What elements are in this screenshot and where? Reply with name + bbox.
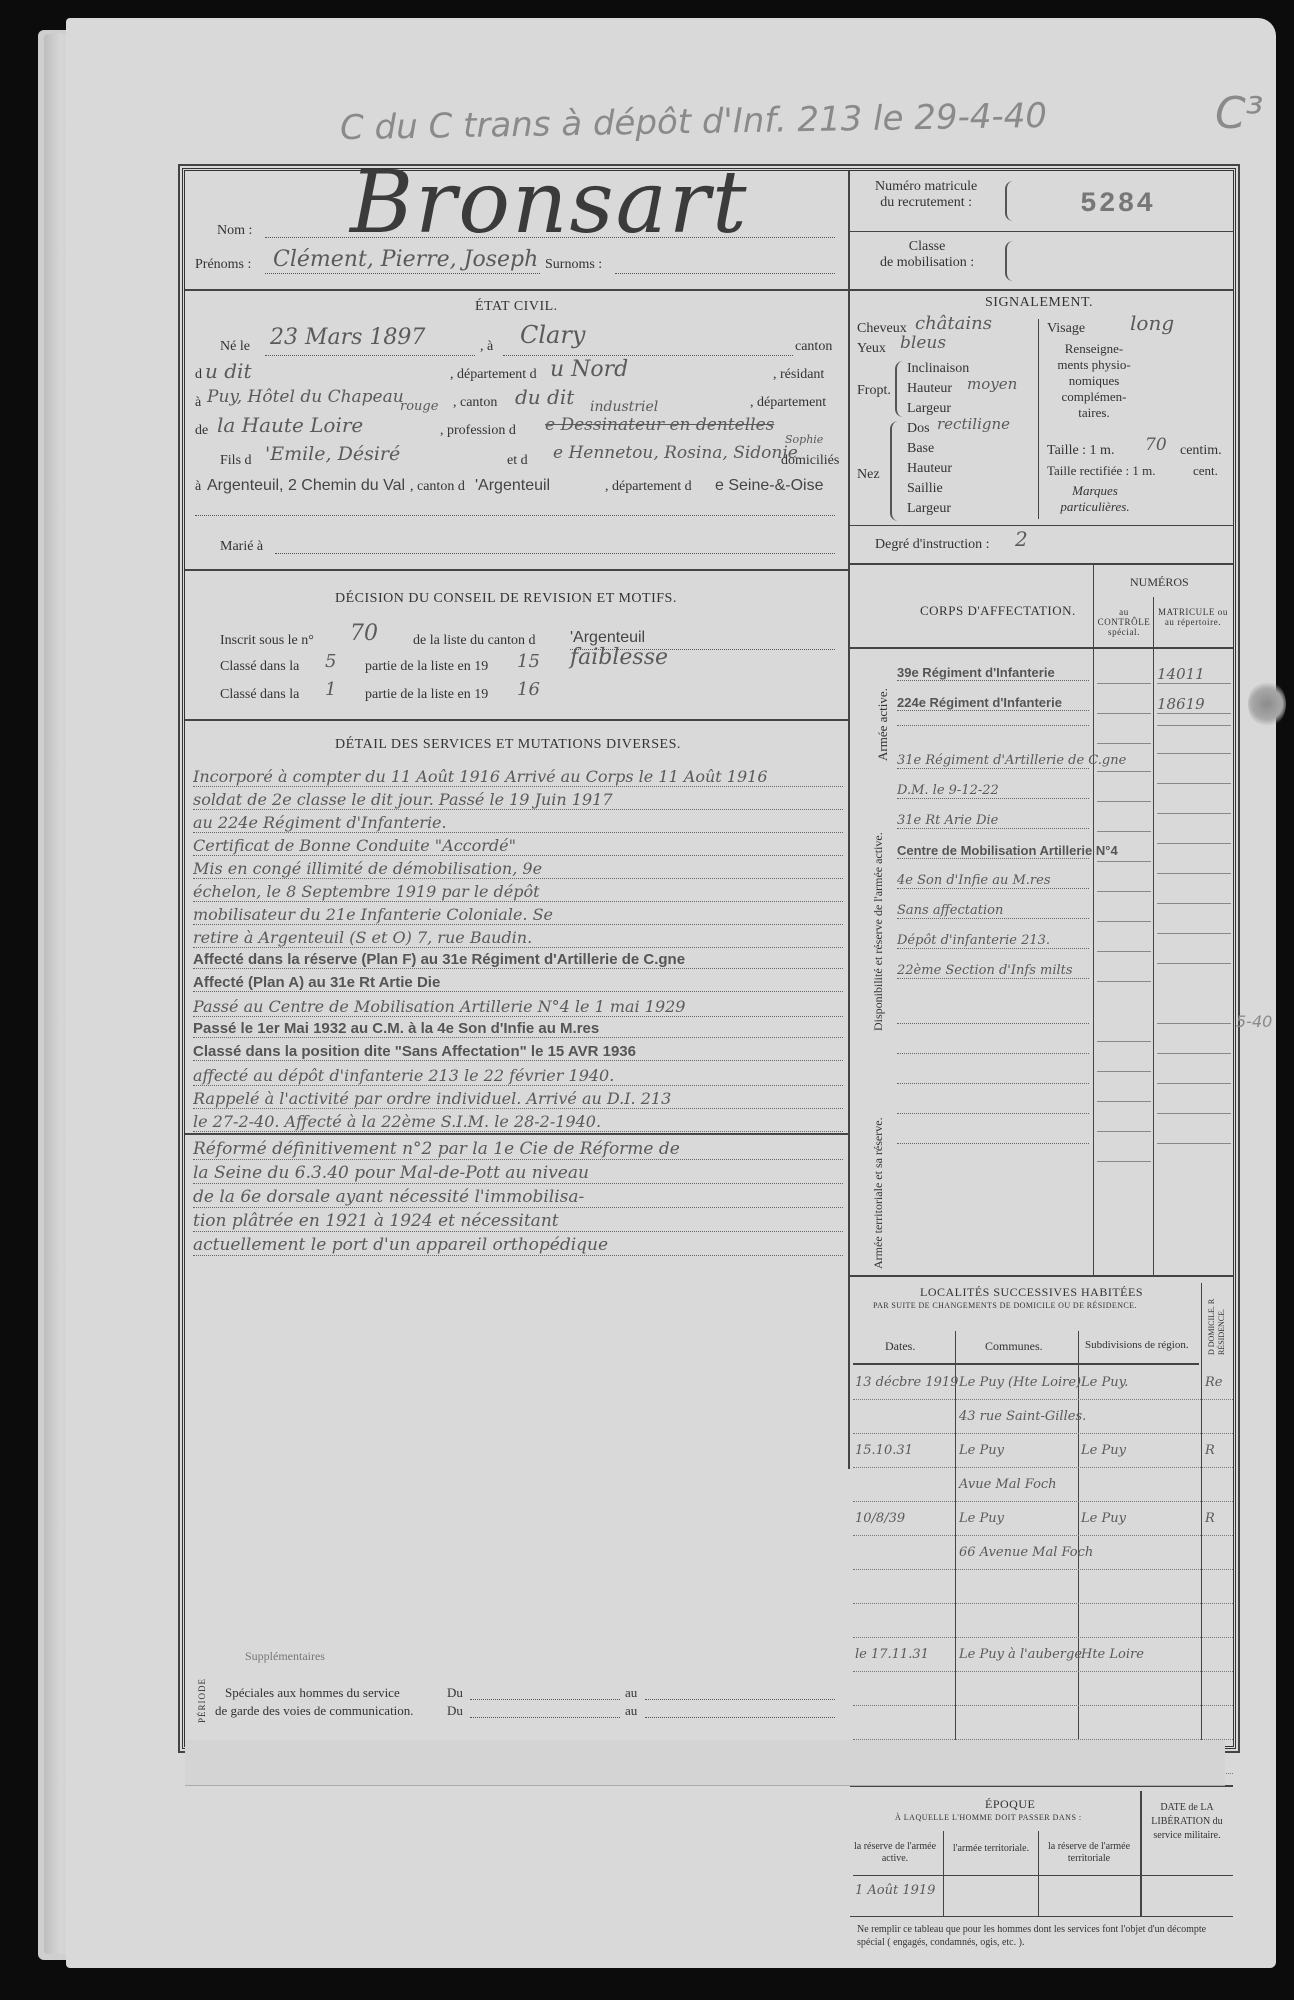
margin-note: 5-40 <box>1236 1012 1272 1031</box>
brace <box>895 361 903 417</box>
divider <box>185 1133 848 1135</box>
localite-row: le 17.11.31Le Puy à l'aubergeHte Loire <box>853 1639 1233 1672</box>
classe2-year: 16 <box>517 679 540 700</box>
classe1-year: 15 <box>517 651 540 672</box>
corps-name: 31e Régiment d'Artillerie de C.gne <box>897 753 1089 769</box>
parents-residence: Argenteuil, 2 Chemin du Val <box>207 477 405 495</box>
classe1-mid: partie de la liste en 19 <box>365 659 488 675</box>
domicilies-label: domiciliés <box>781 453 839 469</box>
divider <box>185 719 848 721</box>
localite-date: le 17.11.31 <box>855 1647 953 1662</box>
services-title: DÉTAIL DES SERVICES ET MUTATIONS DIVERSE… <box>335 737 681 753</box>
localite-date: 10/8/39 <box>855 1511 953 1526</box>
liste-label: de la liste du canton d <box>413 633 535 649</box>
profession-label: , profession d <box>440 423 516 439</box>
brace <box>890 421 898 521</box>
classe1-motif: faiblesse <box>570 645 668 670</box>
corps-row: Dépôt d'infanterie 213. <box>897 931 1233 959</box>
corps-name: 31e Rt Arie Die <box>897 813 1089 829</box>
service-line: Mis en congé illimité de démobilisation,… <box>193 859 843 879</box>
corps-name <box>897 725 1089 726</box>
divider <box>185 569 848 571</box>
localite-commune: Le Puy <box>959 1511 1079 1526</box>
corps-row <box>897 1081 1233 1109</box>
corps-name: 224e Régiment d'Infanterie <box>897 695 1089 711</box>
divider <box>850 1916 1233 1917</box>
signalement-title: SIGNALEMENT. <box>985 295 1093 311</box>
residence-dept-insert: rouge <box>400 399 438 414</box>
pere-value: 'Emile, Désiré <box>265 443 400 465</box>
nom-value: Bronsart <box>350 153 749 253</box>
corps-name: Dépôt d'infanterie 213. <box>897 933 1089 949</box>
corps-controle <box>1097 1113 1151 1132</box>
localite-commune: 66 Avenue Mal Foch <box>959 1545 1079 1560</box>
corps-controle <box>1097 725 1151 744</box>
corner-mark: C³ <box>1215 88 1263 139</box>
corps-controle <box>1097 963 1151 982</box>
service-line: au 224e Régiment d'Infanterie. <box>193 813 843 833</box>
reforme-line: actuellement le port d'un appareil ortho… <box>193 1235 843 1256</box>
corps-row <box>897 1051 1233 1079</box>
divider <box>1140 1791 1142 1916</box>
corps-controle <box>1097 665 1151 684</box>
du-label: Du <box>447 1685 463 1701</box>
surnoms-label: Surnoms : <box>545 257 602 273</box>
parents-canton-label: , canton d <box>410 479 465 495</box>
corps-row <box>897 1021 1233 1049</box>
divider <box>185 289 848 291</box>
localite-dr: Re <box>1205 1375 1233 1390</box>
yeux-label: Yeux <box>857 341 886 357</box>
classe1-partie: 5 <box>325 651 336 672</box>
line <box>503 355 793 356</box>
corps-name: Sans affectation <box>897 903 1089 919</box>
epoque-note: Ne remplir ce tableau que pour les homme… <box>857 1923 1227 1949</box>
service-line: le 27-2-40. Affecté à la 22ème S.I.M. le… <box>193 1112 843 1132</box>
residence-canton-label: , canton <box>453 395 497 411</box>
corps-controle <box>1097 1083 1151 1102</box>
taille-value: 70 <box>1145 435 1167 455</box>
date-liberation-title: DATE de LA LIBÉRATION du service militai… <box>1145 1801 1229 1843</box>
profession-insert: industriel <box>590 399 658 415</box>
du-label: Du <box>447 1703 463 1719</box>
brace <box>1005 181 1013 221</box>
taille-rect-label: Taille rectifiée : 1 m. <box>1047 463 1155 479</box>
nez-saillie-label: Saillie <box>907 481 943 497</box>
corps-matricule <box>1157 873 1231 874</box>
classe1-label: Classé dans la <box>220 659 299 675</box>
degre-label: Degré d'instruction : <box>875 537 990 553</box>
nom-label: Nom : <box>217 223 252 239</box>
reserve-active-value: 1 Août 1919 <box>855 1883 935 1898</box>
divider <box>853 1875 1233 1876</box>
folded-page-edge <box>185 1740 1225 1786</box>
corps-matricule: 14011 <box>1157 665 1231 684</box>
front-hauteur-value: moyen <box>967 375 1017 393</box>
corps-controle <box>1097 753 1151 772</box>
corps-name: 4e Son d'Infie au M.res <box>897 873 1089 889</box>
localite-row: Avue Mal Foch <box>853 1469 1233 1502</box>
visage-label: Visage <box>1047 321 1085 337</box>
corps-controle <box>1097 695 1151 714</box>
nez-largeur-label: Largeur <box>907 501 951 517</box>
corps-controle <box>1097 1143 1151 1162</box>
parents-dept-label: , département d <box>605 479 692 495</box>
service-line: mobilisateur du 21e Infanterie Coloniale… <box>193 905 843 925</box>
divider <box>1038 1831 1039 1916</box>
localite-date: 15.10.31 <box>855 1443 953 1458</box>
nez-hauteur-label: Hauteur <box>907 461 952 477</box>
mere-label: et d <box>507 453 528 469</box>
localite-row <box>853 1571 1233 1604</box>
divider <box>850 525 1233 526</box>
divider <box>850 231 1233 232</box>
surnoms-line <box>615 273 835 274</box>
taille-rect-unit: cent. <box>1193 463 1218 479</box>
localite-date: 13 décbre 1919 <box>855 1375 953 1390</box>
corps-row: 22ème Section d'Infs milts <box>897 961 1233 989</box>
residence-canton: du dit <box>515 385 574 409</box>
classe-label-1: Classe <box>880 239 974 255</box>
corps-name <box>897 1113 1089 1114</box>
col-territoriale: l'armée territoriale. <box>947 1841 1035 1857</box>
corps-name <box>897 1083 1089 1084</box>
front-label: Fropt. <box>857 383 891 399</box>
corps-row: D.M. le 9-12-22 <box>897 781 1233 809</box>
au-label: au <box>625 1703 637 1719</box>
corps-name: D.M. le 9-12-22 <box>897 783 1089 799</box>
divider <box>850 647 1233 649</box>
mere-insert: Sophie <box>785 433 823 446</box>
corps-name: Centre de Mobilisation Artillerie N°4 <box>897 843 1089 859</box>
residence-value: Puy, Hôtel du Chapeau <box>207 387 404 407</box>
mere-value: e Hennetou, Rosina, Sidonie <box>553 443 798 463</box>
taille-unit: centim. <box>1180 443 1222 459</box>
corps-controle <box>1097 783 1151 802</box>
armee-active-label: Armée active. <box>875 688 891 761</box>
matricule-form: Bronsart Nom : Prénoms : Clément, Pierre… <box>182 168 1236 1749</box>
epoque-subtitle: À LAQUELLE L'HOMME DOIT PASSER DANS : <box>895 1813 1082 1822</box>
corps-row: 31e Rt Arie Die <box>897 811 1233 839</box>
localite-commune: Le Puy à l'auberge <box>959 1647 1079 1662</box>
taille-label: Taille : 1 m. <box>1047 443 1114 459</box>
cheveux-value: châtains <box>915 313 992 334</box>
numeros-title: NUMÉROS <box>1130 575 1189 590</box>
supplementaires-label: Supplémentaires <box>245 1649 325 1664</box>
localites-subtitle: PAR SUITE DE CHANGEMENTS DE DOMICILE OU … <box>873 1301 1137 1310</box>
service-line: Passé le 1er Mai 1932 au C.M. à la 4e So… <box>193 1020 843 1038</box>
nez-label: Nez <box>857 467 880 483</box>
localite-subdivision: Le Puy <box>1081 1443 1199 1458</box>
corps-row: 224e Régiment d'Infanterie18619 <box>897 693 1233 721</box>
service-line: Affecté (Plan A) au 31e Rt Artie Die <box>193 974 843 992</box>
front-inclinaison-label: Inclinaison <box>907 361 969 377</box>
localite-commune: Le Puy (Hte Loire) <box>959 1375 1079 1390</box>
birth-date: 23 Mars 1897 <box>270 325 425 350</box>
line <box>265 355 475 356</box>
territoriale-label: Armée territoriale et sa réserve. <box>871 1117 886 1269</box>
fils-label: Fils d <box>220 453 252 469</box>
corps-matricule <box>1157 813 1231 814</box>
matricule-label-2: du recrutement : <box>875 195 977 211</box>
col-communes: Communes. <box>985 1339 1043 1354</box>
birth-place: Clary <box>520 321 585 349</box>
speciales-label-1: Spéciales aux hommes du service <box>225 1685 400 1701</box>
corps-matricule <box>1157 1143 1231 1144</box>
au-line <box>645 1717 835 1718</box>
classe-label-2: de mobilisation : <box>880 255 974 271</box>
marie-label: Marié à <box>220 539 263 555</box>
corps-row: Sans affectation <box>897 901 1233 929</box>
classe2-mid: partie de la liste en 19 <box>365 687 488 703</box>
a-label: , à <box>480 339 493 355</box>
service-line: Passé au Centre de Mobilisation Artiller… <box>193 997 843 1017</box>
localite-commune: Le Puy <box>959 1443 1079 1458</box>
residence-prefix: à <box>195 395 201 411</box>
reforme-line: de la 6e dorsale ayant nécessité l'immob… <box>193 1187 843 1208</box>
du-line <box>470 1717 620 1718</box>
localite-commune: Avue Mal Foch <box>959 1477 1079 1492</box>
col-reserve-territoriale: la réserve de l'armée territoriale <box>1041 1841 1137 1865</box>
service-line: Certificat de Bonne Conduite "Accordé" <box>193 836 843 856</box>
canton-label: canton <box>795 339 832 355</box>
matricule-label: Numéro matricule du recrutement : <box>875 179 977 211</box>
parents-dept: e Seine-&-Oise <box>715 477 824 495</box>
periode-label: PÉRIODE <box>197 1678 207 1723</box>
corps-matricule <box>1157 1113 1231 1114</box>
ink-stain <box>1248 680 1286 728</box>
classe2-partie: 1 <box>325 679 336 700</box>
service-line: échelon, le 8 Septembre 1919 par le dépô… <box>193 882 843 902</box>
corps-matricule <box>1157 1083 1231 1084</box>
corps-row: 4e Son d'Infie au M.res <box>897 871 1233 899</box>
departement-label: , département d <box>450 367 537 383</box>
service-line: Rappelé à l'activité par ordre individue… <box>193 1089 843 1109</box>
corps-row: 39e Régiment d'Infanterie14011 <box>897 663 1233 691</box>
corps-matricule <box>1157 933 1231 934</box>
residence-dept-label: , département <box>750 395 826 411</box>
marques-label: Marques particulières. <box>1055 483 1135 515</box>
matricule-value: 5284 <box>1080 189 1155 220</box>
marie-line <box>275 553 835 554</box>
nez-base-label: Base <box>907 441 934 457</box>
divider <box>850 1275 1233 1277</box>
reforme-line: tion plâtrée en 1921 à 1924 et nécessita… <box>193 1211 843 1232</box>
au-line <box>645 1699 835 1700</box>
localites-title: LOCALITÉS SUCCESSIVES HABITÉES <box>920 1285 1143 1300</box>
corps-name <box>897 1053 1089 1054</box>
matricule-label-1: Numéro matricule <box>875 179 977 195</box>
speciales-label-2: de garde des voies de communication. <box>215 1703 414 1719</box>
corps-matricule: 18619 <box>1157 695 1231 714</box>
corps-matricule <box>1157 783 1231 784</box>
degre-value: 2 <box>1015 527 1028 551</box>
prenoms-line <box>265 273 540 274</box>
service-line: affecté au dépôt d'infanterie 213 le 22 … <box>193 1066 843 1086</box>
prenoms-value: Clément, Pierre, Joseph <box>273 247 538 272</box>
divider <box>853 1363 1199 1365</box>
canton-prefix: d <box>195 367 202 383</box>
divider <box>943 1831 944 1916</box>
corps-matricule <box>1157 963 1231 964</box>
corps-name: 39e Régiment d'Infanterie <box>897 665 1089 681</box>
divider <box>1038 319 1039 519</box>
divider <box>850 289 1233 291</box>
corps-name: 22ème Section d'Infs milts <box>897 963 1089 979</box>
service-line: Classé dans la position dite "Sans Affec… <box>193 1043 843 1061</box>
corps-controle <box>1097 843 1151 862</box>
nez-dos-label: Dos <box>907 421 930 437</box>
prenoms-label: Prénoms : <box>195 257 251 273</box>
corps-controle <box>1097 1023 1151 1042</box>
localite-subdivision: Le Puy <box>1081 1511 1199 1526</box>
localite-row: 66 Avenue Mal Foch <box>853 1537 1233 1570</box>
birth-departement: u Nord <box>550 357 628 382</box>
conseil-title: DÉCISION DU CONSEIL DE REVISION ET MOTIF… <box>335 591 677 607</box>
du-line <box>470 1699 620 1700</box>
corps-title: CORPS D'AFFECTATION. <box>920 603 1076 619</box>
inscrit-label: Inscrit sous le n° <box>220 633 314 649</box>
front-hauteur-label: Hauteur <box>907 381 952 397</box>
corps-controle <box>1097 933 1151 952</box>
corps-matricule <box>1157 1053 1231 1054</box>
localite-row: 43 rue Saint-Gilles. <box>853 1401 1233 1434</box>
parents-canton: 'Argenteuil <box>475 477 550 495</box>
localite-row <box>853 1707 1233 1740</box>
au-label: au <box>625 1685 637 1701</box>
corps-controle <box>1097 903 1151 922</box>
classe-label: Classe de mobilisation : <box>880 239 974 271</box>
service-line: soldat de 2e classe le dit jour. Passé l… <box>193 790 843 810</box>
col-dr: D DOMICILE. R RÉSIDENCE. <box>1207 1285 1227 1355</box>
ne-le-label: Né le <box>220 339 250 355</box>
etat-civil-title: ÉTAT CIVIL. <box>475 299 558 315</box>
col-matricule: MATRICULE ou au répertoire. <box>1157 607 1229 627</box>
localite-subdivision: Hte Loire <box>1081 1647 1199 1662</box>
inscrit-value: 70 <box>350 621 378 646</box>
service-line: retire à Argenteuil (S et O) 7, rue Baud… <box>193 928 843 948</box>
corps-matricule <box>1157 1023 1231 1024</box>
corps-row <box>897 723 1233 751</box>
reforme-line: la Seine du 6.3.40 pour Mal-de-Pott au n… <box>193 1163 843 1184</box>
yeux-value: bleus <box>900 333 946 353</box>
corps-matricule <box>1157 843 1231 844</box>
localite-row: 13 décbre 1919Le Puy (Hte Loire)Le Puy.R… <box>853 1367 1233 1400</box>
residence-dept-prefix: de <box>195 423 208 439</box>
nom-line <box>265 237 835 238</box>
localite-subdivision: Le Puy. <box>1081 1375 1199 1390</box>
localite-dr: R <box>1205 1443 1233 1458</box>
col-reserve-active: la réserve de l'armée active. <box>853 1841 937 1865</box>
nez-dos-value: rectiligne <box>937 415 1010 433</box>
corps-controle <box>1097 1053 1151 1072</box>
service-line: Incorporé à compter du 11 Août 1916 Arri… <box>193 767 843 787</box>
classe2-label: Classé dans la <box>220 687 299 703</box>
reforme-line: Réformé définitivement n°2 par la 1e Cie… <box>193 1139 843 1160</box>
localite-commune: 43 rue Saint-Gilles. <box>959 1409 1079 1424</box>
corps-name <box>897 1023 1089 1024</box>
corps-controle <box>1097 813 1151 832</box>
birth-canton: u dit <box>205 359 251 383</box>
localite-dr: R <box>1205 1511 1233 1526</box>
corps-controle <box>1097 873 1151 892</box>
corps-name <box>897 1143 1089 1144</box>
corps-row: Centre de Mobilisation Artillerie N°4 <box>897 841 1233 869</box>
localite-row <box>853 1605 1233 1638</box>
col-controle: au CONTRÔLE spécial. <box>1097 607 1151 637</box>
visage-value: long <box>1130 311 1174 335</box>
localite-row: 10/8/39Le PuyLe PuyR <box>853 1503 1233 1536</box>
line <box>195 515 835 516</box>
residant-label: , résidant <box>773 367 824 383</box>
corps-matricule <box>1157 753 1231 754</box>
epoque-title: ÉPOQUE <box>985 1797 1035 1812</box>
renseignements-label: Renseigne- ments physio- nomiques complé… <box>1055 341 1133 421</box>
col-dates: Dates. <box>885 1339 915 1354</box>
parents-residence-prefix: à <box>195 479 201 495</box>
brace <box>1005 241 1013 281</box>
service-line: Affecté dans la réserve (Plan F) au 31e … <box>193 951 843 969</box>
corps-matricule <box>1157 725 1231 726</box>
profession-struck: e Dessinateur en dentelles <box>545 415 774 435</box>
localite-row <box>853 1673 1233 1706</box>
residence-dept: la Haute Loire <box>217 413 363 437</box>
col-subdivisions: Subdivisions de région. <box>1085 1339 1189 1351</box>
divider <box>850 563 1233 565</box>
corps-matricule <box>1157 903 1231 904</box>
corps-row <box>897 1141 1233 1169</box>
localite-row: 15.10.31Le PuyLe PuyR <box>853 1435 1233 1468</box>
corps-row: 31e Régiment d'Artillerie de C.gne <box>897 751 1233 779</box>
disponibilite-label: Disponibilité et réserve de l'armée acti… <box>871 832 885 1031</box>
corps-row <box>897 1111 1233 1139</box>
